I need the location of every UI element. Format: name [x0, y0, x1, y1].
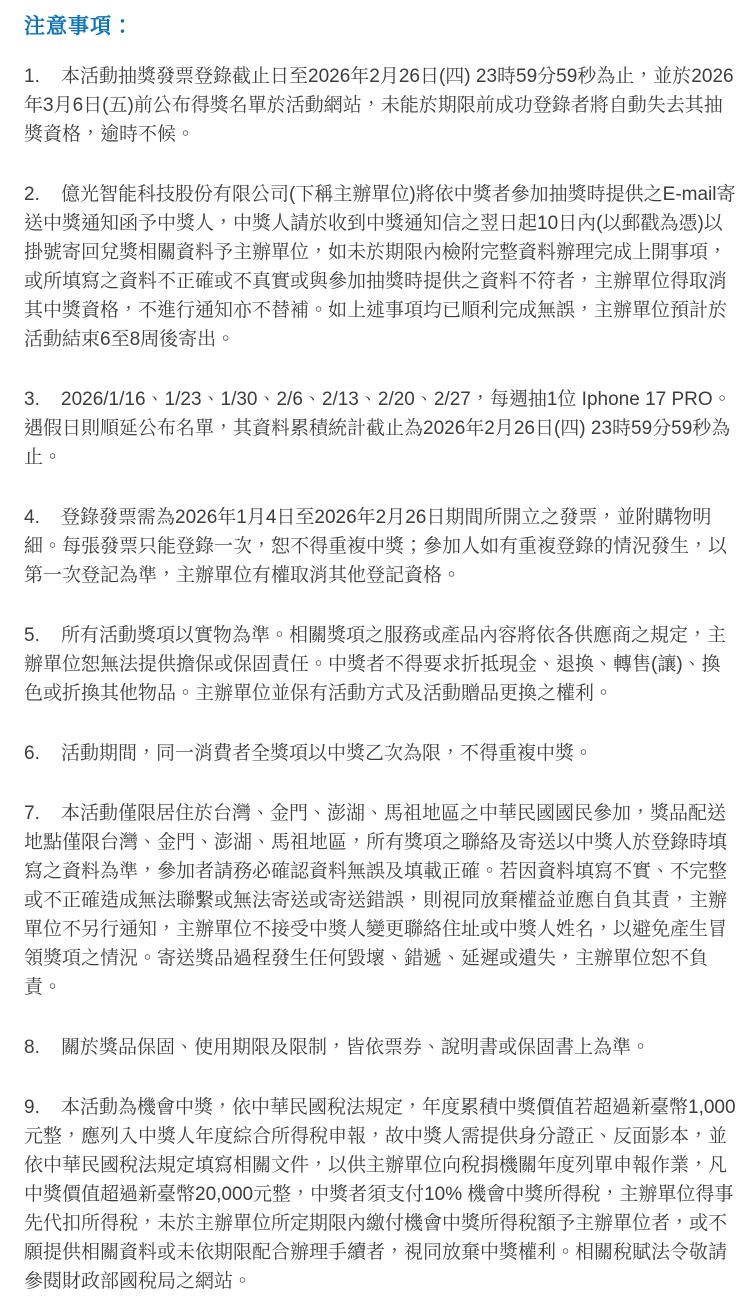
notice-item-2: 2.億光智能科技股份有限公司(下稱主辦單位)將依中獎者參加抽獎時提供之E-mai…: [24, 180, 736, 354]
item-text: 本活動抽獎發票登錄截止日至2026年2月26日(四) 23時59分59秒為止，並…: [24, 66, 734, 145]
notice-item-6: 6.活動期間，同一消費者全獎項以中獎乙次為限，不得重複中獎。: [24, 739, 736, 768]
item-text: 本活動為機會中獎，依中華民國稅法規定，年度累積中獎價值若超過新臺幣1,000元整…: [24, 1097, 736, 1292]
item-text: 本活動僅限居住於台灣、金門、澎湖、馬祖地區之中華民國國民參加，獎品配送地點僅限台…: [24, 803, 727, 998]
notice-page: 注意事項： 1.本活動抽獎發票登錄截止日至2026年2月26日(四) 23時59…: [0, 0, 743, 1306]
item-text: 2026/1/16、1/23、1/30、2/6、2/13、2/20、2/27，每…: [24, 389, 732, 468]
notice-item-1: 1.本活動抽獎發票登錄截止日至2026年2月26日(四) 23時59分59秒為止…: [24, 62, 736, 149]
item-text: 關於獎品保固、使用期限及限制，皆依票券、說明書或保固書上為準。: [61, 1037, 650, 1058]
item-number: 6.: [24, 739, 61, 768]
item-number: 9.: [24, 1093, 61, 1122]
item-text: 登錄發票需為2026年1月4日至2026年2月26日期間所開立之發票，並附購物明…: [24, 507, 727, 586]
item-number: 7.: [24, 799, 61, 828]
notice-item-8: 8.關於獎品保固、使用期限及限制，皆依票券、說明書或保固書上為準。: [24, 1033, 736, 1062]
item-text: 億光智能科技股份有限公司(下稱主辦單位)將依中獎者參加抽獎時提供之E-mail寄…: [24, 184, 736, 350]
notice-item-3: 3.2026/1/16、1/23、1/30、2/6、2/13、2/20、2/27…: [24, 385, 736, 472]
item-text: 活動期間，同一消費者全獎項以中獎乙次為限，不得重複中獎。: [61, 743, 593, 764]
item-number: 5.: [24, 621, 61, 650]
item-number: 4.: [24, 503, 61, 532]
notice-item-7: 7.本活動僅限居住於台灣、金門、澎湖、馬祖地區之中華民國國民參加，獎品配送地點僅…: [24, 799, 736, 1002]
item-number: 3.: [24, 385, 61, 414]
notice-item-5: 5.所有活動獎項以實物為準。相關獎項之服務或產品內容將依各供應商之規定，主辦單位…: [24, 621, 736, 708]
item-number: 8.: [24, 1033, 61, 1062]
notice-item-9: 9.本活動為機會中獎，依中華民國稅法規定，年度累積中獎價值若超過新臺幣1,000…: [24, 1093, 736, 1296]
item-number: 1.: [24, 62, 61, 91]
page-title: 注意事項：: [24, 13, 736, 41]
notice-item-4: 4.登錄發票需為2026年1月4日至2026年2月26日期間所開立之發票，並附購…: [24, 503, 736, 590]
item-text: 所有活動獎項以實物為準。相關獎項之服務或產品內容將依各供應商之規定，主辦單位恕無…: [24, 625, 726, 704]
item-number: 2.: [24, 180, 61, 209]
